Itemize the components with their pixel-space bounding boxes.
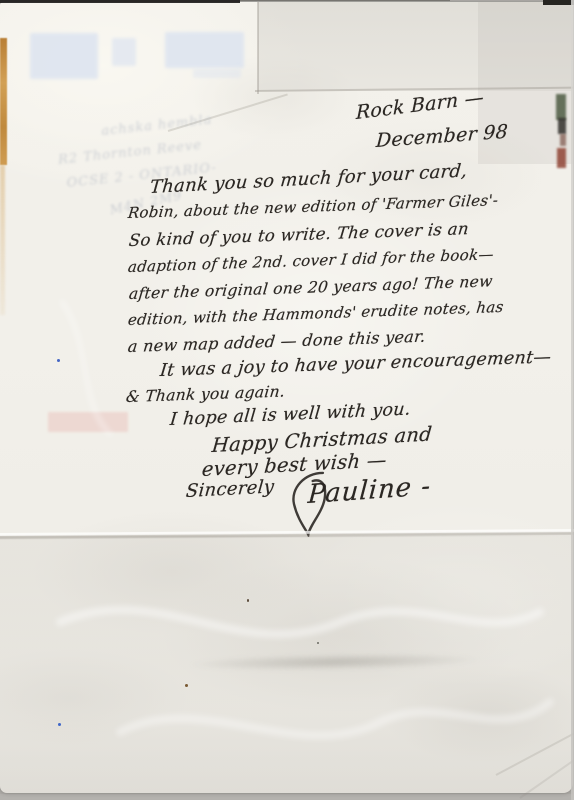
scan-edge-top xyxy=(0,0,240,3)
ink-speck xyxy=(317,642,319,644)
letter-heading-place: Rock Barn — xyxy=(356,86,484,124)
letter-line: a new map added — done this year. xyxy=(127,327,427,356)
scan-edge-corner xyxy=(543,0,574,5)
tape-residue-strip xyxy=(0,38,7,165)
letter-line: after the original one 20 years ago! The… xyxy=(128,272,494,303)
scanned-letter-page: achska hembla R2 Thornton Reeve OCSE 2 -… xyxy=(0,0,574,800)
ink-speck xyxy=(247,599,249,602)
showthrough-label xyxy=(30,33,98,79)
showthrough-address-line: achska hembla xyxy=(101,113,213,140)
letter-line: & Thank you again. xyxy=(125,382,286,406)
ink-speck xyxy=(185,684,188,687)
vertical-fold-crease xyxy=(257,2,259,94)
stamp-smudge xyxy=(552,94,572,184)
signature-flourish xyxy=(283,467,346,538)
letter-line: edition, with the Hammonds' erudite note… xyxy=(127,298,504,329)
showthrough-label xyxy=(112,38,136,66)
letter-line: So kind of you to write. The cover is an xyxy=(128,219,470,250)
scan-edge-top-faint xyxy=(240,0,450,1)
showthrough-label xyxy=(165,32,244,68)
letter-closing-line: Sincerely xyxy=(185,476,275,502)
letter-line: adaption of the 2nd. cover I did for the… xyxy=(127,245,495,276)
showthrough-pink-label xyxy=(48,412,128,432)
tape-residue-strip-faint xyxy=(0,165,5,315)
letter-paper: achska hembla R2 Thornton Reeve OCSE 2 -… xyxy=(0,2,573,793)
showthrough-label xyxy=(193,69,241,78)
ink-speck xyxy=(57,359,60,362)
ink-speck xyxy=(58,723,61,726)
